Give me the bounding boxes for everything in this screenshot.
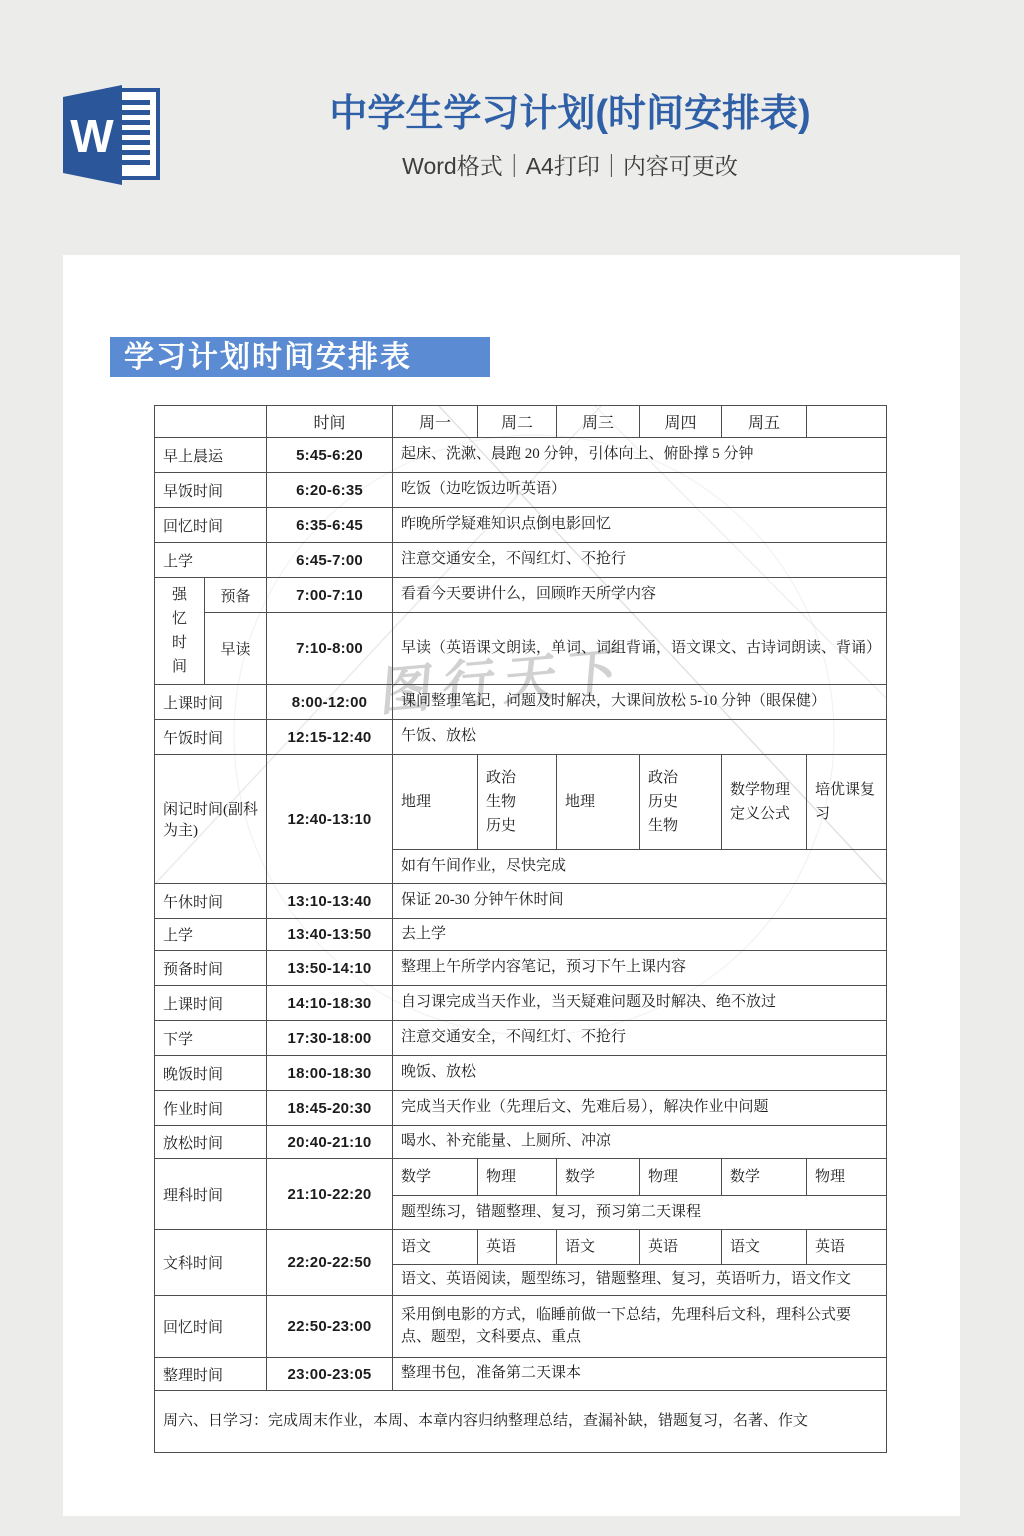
desc-cell: 注意交通安全，不闯红灯、不抢行 [393,543,887,578]
row-label-cell: 整理时间 [155,1358,267,1391]
time-cell: 22:20-22:50 [267,1230,393,1296]
table-row: 上课时间14:10-18:30自习课完成当天作业，当天疑难问题及时解决、绝不放过 [155,986,887,1021]
table-row: 上课时间8:00-12:00课间整理笔记，问题及时解决，大课间放松 5-10 分… [155,685,887,720]
extra-header-cell [807,406,887,438]
subject-cell: 政治 生物 历史 [478,755,557,850]
desc-cell: 起床、洗漱、晨跑 20 分钟，引体向上、俯卧撑 5 分钟 [393,438,887,473]
table-row: 午休时间13:10-13:40保证 20-30 分钟午休时间 [155,884,887,919]
section-banner-title: 学习计划时间安排表 [124,341,412,374]
row-label-cell: 预备时间 [155,951,267,986]
table-row: 放松时间20:40-21:10喝水、补充能量、上厕所、冲凉 [155,1126,887,1159]
row-label-cell: 上学 [155,543,267,578]
time-cell: 17:30-18:00 [267,1021,393,1056]
page-canvas: W 中学生学习计划(时间安排表) Word格式｜A4打印｜内容可更改 学习计划时… [0,0,1024,1536]
time-cell: 18:45-20:30 [267,1091,393,1126]
time-cell: 20:40-21:10 [267,1126,393,1159]
day-header-cell-mon: 周一 [393,406,478,438]
desc-cell: 早读（英语课文朗读，单词、词组背诵，语文课文、古诗词朗读、背诵） [393,613,887,685]
word-icon-letter: W [70,110,114,162]
section-banner: 学习计划时间安排表 [110,337,490,377]
desc-cell: 吃饭（边吃饭边听英语） [393,473,887,508]
row-label-cell: 回忆时间 [155,1296,267,1358]
desc-cell: 课间整理笔记，问题及时解决，大课间放松 5-10 分钟（眼保健） [393,685,887,720]
row-label-cell: 早饭时间 [155,473,267,508]
desc-cell: 昨晚所学疑难知识点倒电影回忆 [393,508,887,543]
table-row: 早上晨运5:45-6:20起床、洗漱、晨跑 20 分钟，引体向上、俯卧撑 5 分… [155,438,887,473]
sub-label-cell: 早读 [205,613,267,685]
row-label-cell: 理科时间 [155,1159,267,1230]
subject-cell: 数学物理定义公式 [722,755,807,850]
desc-cell: 保证 20-30 分钟午休时间 [393,884,887,919]
note-cell: 语文、英语阅读，题型练习，错题整理、复习，英语听力，语文作文 [393,1265,887,1296]
subject-cell: 地理 [557,755,640,850]
doc-title: 中学生学习计划(时间安排表) [180,92,960,138]
table-row: 回忆时间22:50-23:00采用倒电影的方式，临睡前做一下总结，先理科后文科，… [155,1296,887,1358]
schedule-table-body: 早上晨运5:45-6:20起床、洗漱、晨跑 20 分钟，引体向上、俯卧撑 5 分… [155,438,887,1453]
row-label-cell: 午休时间 [155,884,267,919]
row-label-cell: 下学 [155,1021,267,1056]
subject-cell: 语文 [393,1230,478,1265]
day-header-cell-tue: 周二 [478,406,557,438]
desc-cell: 喝水、补充能量、上厕所、冲凉 [393,1126,887,1159]
sub-label-cell: 预备 [205,578,267,613]
day-header-cell-wed: 周三 [557,406,640,438]
table-row: 回忆时间6:35-6:45昨晚所学疑难知识点倒电影回忆 [155,508,887,543]
subject-cell: 英语 [807,1230,887,1265]
subject-cell: 语文 [722,1230,807,1265]
table-row: 周六、日学习：完成周末作业，本周、本章内容归纳整理总结，查漏补缺，错题复习，名著… [155,1391,887,1453]
note-cell: 题型练习，错题整理、复习，预习第二天课程 [393,1196,887,1230]
table-row: 早读7:10-8:00早读（英语课文朗读，单词、词组背诵，语文课文、古诗词朗读、… [155,613,887,685]
table-row: 理科时间21:10-22:20数学物理数学物理数学物理 [155,1159,887,1196]
time-cell: 13:50-14:10 [267,951,393,986]
day-header-cell-thu: 周四 [640,406,722,438]
schedule-table: 时间 周一 周二 周三 周四 周五 早上晨运5:45-6:20起床、洗漱、晨跑 … [154,405,887,1453]
subject-cell: 物理 [807,1159,887,1196]
subject-cell: 数学 [393,1159,478,1196]
subject-cell: 物理 [640,1159,722,1196]
table-row: 预备时间13:50-14:10整理上午所学内容笔记，预习下午上课内容 [155,951,887,986]
time-cell: 13:10-13:40 [267,884,393,919]
subject-cell: 英语 [478,1230,557,1265]
subject-cell: 数学 [557,1159,640,1196]
desc-cell: 注意交通安全，不闯红灯、不抢行 [393,1021,887,1056]
time-cell: 14:10-18:30 [267,986,393,1021]
table-row: 作业时间18:45-20:30完成当天作业（先理后文、先难后易），解决作业中问题 [155,1091,887,1126]
row-label-cell: 作业时间 [155,1091,267,1126]
table-row: 上学13:40-13:50去上学 [155,919,887,951]
time-cell: 12:40-13:10 [267,755,393,884]
time-cell: 23:00-23:05 [267,1358,393,1391]
subject-cell: 地理 [393,755,478,850]
doc-subtitle: Word格式｜A4打印｜内容可更改 [180,148,960,181]
time-cell: 5:45-6:20 [267,438,393,473]
time-cell: 21:10-22:20 [267,1159,393,1230]
subject-cell: 数学 [722,1159,807,1196]
corner-header-cell [155,406,267,438]
row-label-cell: 文科时间 [155,1230,267,1296]
table-row: 强 忆 时 间预备7:00-7:10看看今天要讲什么，回顾昨天所学内容 [155,578,887,613]
time-cell: 22:50-23:00 [267,1296,393,1358]
desc-cell: 晚饭、放松 [393,1056,887,1091]
group-label-cell: 强 忆 时 间 [155,578,205,685]
desc-cell: 完成当天作业（先理后文、先难后易），解决作业中问题 [393,1091,887,1126]
table-row: 下学17:30-18:00注意交通安全，不闯红灯、不抢行 [155,1021,887,1056]
day-header-cell-fri: 周五 [722,406,807,438]
table-row: 闲记时间(副科为主)12:40-13:10地理政治 生物 历史地理政治 历史 生… [155,755,887,850]
table-row: 上学6:45-7:00注意交通安全，不闯红灯、不抢行 [155,543,887,578]
subject-cell: 物理 [478,1159,557,1196]
time-cell: 6:35-6:45 [267,508,393,543]
row-label-cell: 午饭时间 [155,720,267,755]
subject-cell: 培优课复习 [807,755,887,850]
desc-cell: 采用倒电影的方式，临睡前做一下总结，先理科后文科，理科公式要点、题型，文科要点、… [393,1296,887,1358]
desc-cell: 午饭、放松 [393,720,887,755]
row-label-cell: 上课时间 [155,685,267,720]
word-icon: W [60,82,164,188]
row-label-cell: 闲记时间(副科为主) [155,755,267,884]
table-row: 午饭时间12:15-12:40午饭、放松 [155,720,887,755]
time-cell: 13:40-13:50 [267,919,393,951]
table-row: 整理时间23:00-23:05整理书包，准备第二天课本 [155,1358,887,1391]
time-cell: 8:00-12:00 [267,685,393,720]
desc-cell: 自习课完成当天作业，当天疑难问题及时解决、绝不放过 [393,986,887,1021]
desc-cell: 整理上午所学内容笔记，预习下午上课内容 [393,951,887,986]
time-header-cell: 时间 [267,406,393,438]
time-cell: 12:15-12:40 [267,720,393,755]
row-label-cell: 上课时间 [155,986,267,1021]
desc-cell: 整理书包，准备第二天课本 [393,1358,887,1391]
desc-cell: 去上学 [393,919,887,951]
note-cell: 如有午间作业，尽快完成 [393,850,887,884]
table-row: 晚饭时间18:00-18:30晚饭、放松 [155,1056,887,1091]
desc-cell: 看看今天要讲什么，回顾昨天所学内容 [393,578,887,613]
row-label-cell: 晚饭时间 [155,1056,267,1091]
title-block: 中学生学习计划(时间安排表) Word格式｜A4打印｜内容可更改 [180,92,960,181]
subject-cell: 语文 [557,1230,640,1265]
row-label-cell: 放松时间 [155,1126,267,1159]
row-label-cell: 回忆时间 [155,508,267,543]
time-cell: 18:00-18:30 [267,1056,393,1091]
subject-cell: 英语 [640,1230,722,1265]
table-row: 文科时间22:20-22:50语文英语语文英语语文英语 [155,1230,887,1265]
row-label-cell: 上学 [155,919,267,951]
weekend-note-cell: 周六、日学习：完成周末作业，本周、本章内容归纳整理总结，查漏补缺，错题复习，名著… [155,1391,887,1453]
time-cell: 7:00-7:10 [267,578,393,613]
doc-header: W 中学生学习计划(时间安排表) Word格式｜A4打印｜内容可更改 [0,0,1024,255]
time-cell: 6:20-6:35 [267,473,393,508]
paper: 学习计划时间安排表 图行天下 时间 周一 周二 周三 [63,255,960,1516]
table-row: 早饭时间6:20-6:35吃饭（边吃饭边听英语） [155,473,887,508]
time-cell: 7:10-8:00 [267,613,393,685]
subject-cell: 政治 历史 生物 [640,755,722,850]
time-cell: 6:45-7:00 [267,543,393,578]
row-label-cell: 早上晨运 [155,438,267,473]
table-header-row: 时间 周一 周二 周三 周四 周五 [155,406,887,438]
